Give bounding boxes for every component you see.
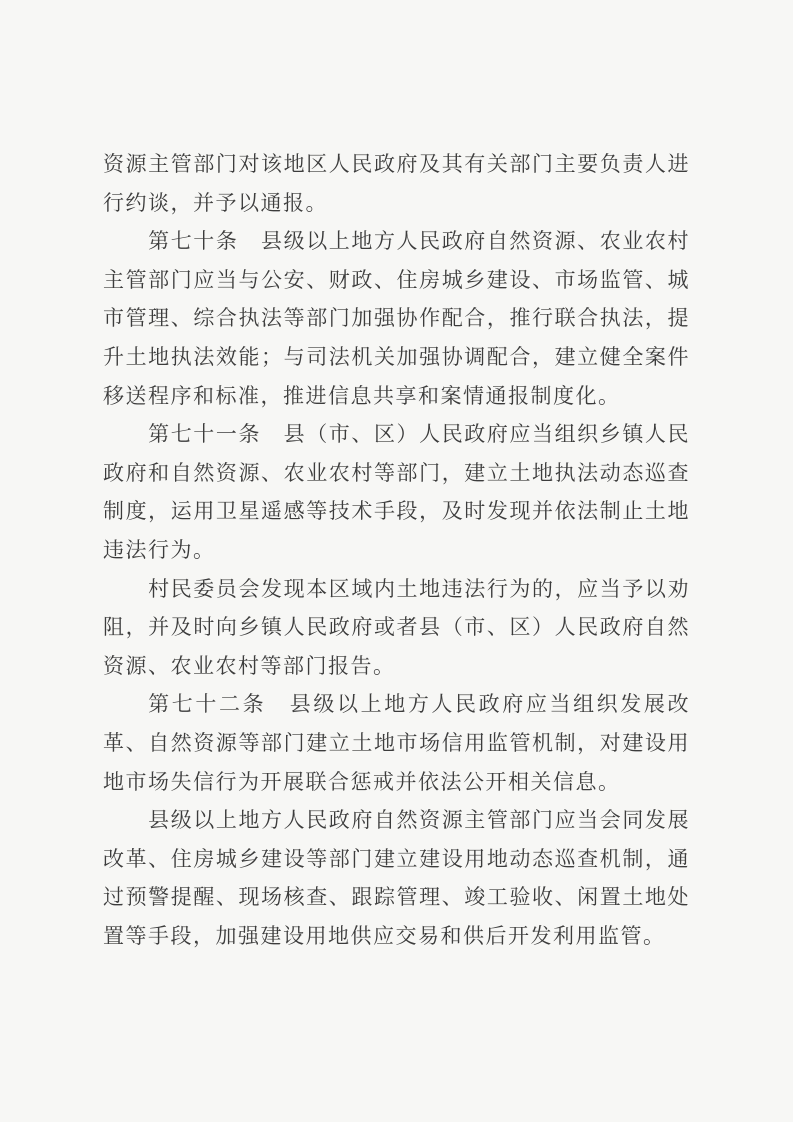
document-page: 资源主管部门对该地区人民政府及其有关部门主要负责人进行约谈，并予以通报。 第七十…: [0, 0, 793, 1122]
paragraph: 县级以上地方人民政府自然资源主管部门应当会同发展改革、住房城乡建设等部门建立建设…: [103, 801, 690, 955]
paragraph: 第七十二条 县级以上地方人民政府应当组织发展改革、自然资源等部门建立土地市场信用…: [103, 685, 690, 801]
body-text: 资源主管部门对该地区人民政府及其有关部门主要负责人进行约谈，并予以通报。 第七十…: [103, 145, 690, 955]
paragraph: 村民委员会发现本区域内土地违法行为的，应当予以劝阻，并及时向乡镇人民政府或者县（…: [103, 570, 690, 686]
paragraph: 第七十一条 县（市、区）人民政府应当组织乡镇人民政府和自然资源、农业农村等部门，…: [103, 415, 690, 569]
paragraph: 第七十条 县级以上地方人民政府自然资源、农业农村主管部门应当与公安、财政、住房城…: [103, 222, 690, 415]
paragraph: 资源主管部门对该地区人民政府及其有关部门主要负责人进行约谈，并予以通报。: [103, 145, 690, 222]
